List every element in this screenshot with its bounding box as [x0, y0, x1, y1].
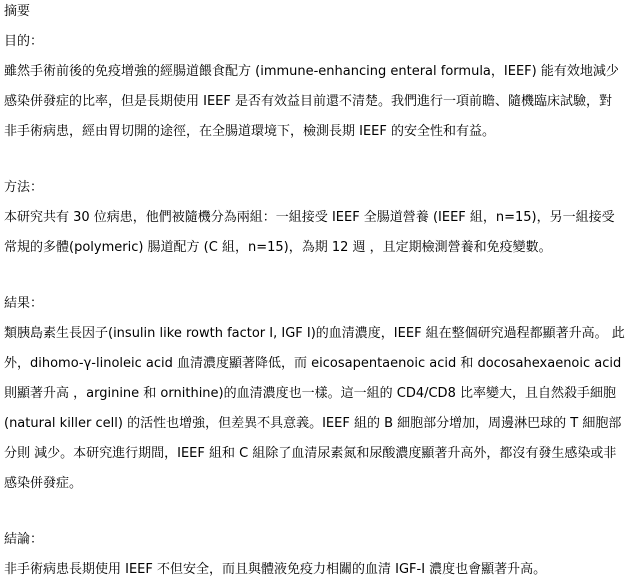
results-line-4: (natural killer cell) 的活性也增強，但差異不具意義。IEE…: [4, 416, 621, 432]
purpose-line-2: 感染併發症的比率，但是長期使用 IEEF 是否有效益目前還不清楚。我們進行一項前…: [4, 94, 612, 110]
methods-line-2: 常規的多體(polymeric) 腸道配方 (C 組，n=15)，為期 12 週…: [4, 240, 552, 256]
results-line-1: 類胰島素生長因子(insulin like rowth factor I, IG…: [4, 326, 625, 342]
results-line-3: 則顯著升高 ，arginine 和 ornithine)的血清濃度也一樣。這一組…: [4, 386, 616, 402]
conclusion-line-1: 非手術病患長期使用 IEEF 不但安全，而且與體液免疫力相關的血清 IGF-I …: [4, 562, 546, 578]
results-line-5: 分則 減少。本研究進行期間，IEEF 組和 C 組除了血清尿素氮和尿酸濃度顯著升…: [4, 446, 616, 462]
methods-line-1: 本研究共有 30 位病患，他們被隨機分為兩組：一組接受 IEEF 全腸道營養 (…: [4, 210, 615, 226]
document-title: 摘要: [4, 4, 30, 20]
abstract-document: 摘要 目的： 雖然手術前後的免疫增強的經腸道餵食配方 (immune-enhan…: [0, 0, 630, 581]
purpose-line-1: 雖然手術前後的免疫增強的經腸道餵食配方 (immune-enhancing en…: [4, 64, 619, 80]
section-heading-conclusion: 結論：: [4, 532, 43, 548]
section-heading-purpose: 目的：: [4, 34, 43, 50]
purpose-line-3: 非手術病患，經由胃切開的途徑，在全腸道環境下，檢測長期 IEEF 的安全性和有益…: [4, 124, 495, 140]
section-heading-methods: 方法：: [4, 180, 43, 196]
section-heading-results: 結果：: [4, 296, 43, 312]
results-line-6: 感染併發症。: [4, 476, 82, 492]
results-line-2: 外，dihomo-γ-linoleic acid 血清濃度顯著降低，而 eico…: [4, 356, 621, 372]
